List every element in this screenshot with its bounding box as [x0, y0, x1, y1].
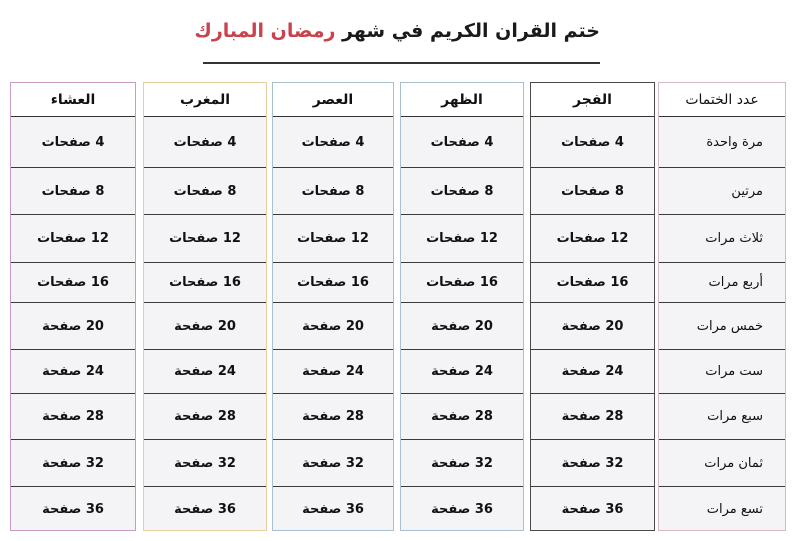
value-cell: 36 صفحة — [144, 487, 266, 532]
column-header-maghrib: المغرب — [144, 83, 266, 117]
value-cell: 32 صفحة — [531, 440, 654, 487]
column-header-isha: العشاء — [11, 83, 135, 117]
column-header-dhuhr: الظهر — [401, 83, 523, 117]
value-cell: 24 صفحة — [144, 350, 266, 394]
title-main: ختم القران الكريم في شهر — [342, 20, 600, 42]
value-cell: 4 صفحات — [531, 117, 654, 168]
count-cell: سبع مرات — [659, 394, 785, 440]
value-cell: 16 صفحات — [144, 263, 266, 303]
value-cell: 32 صفحة — [273, 440, 393, 487]
column-dhuhr: الظهر 4 صفحات 8 صفحات 12 صفحات 16 صفحات … — [400, 82, 524, 531]
column-fajr: الفجر 4 صفحات 8 صفحات 12 صفحات 16 صفحات … — [530, 82, 655, 531]
value-cell: 16 صفحات — [401, 263, 523, 303]
value-cell: 12 صفحات — [401, 215, 523, 263]
title-accent: رمضان المبارك — [194, 20, 335, 42]
value-cell: 24 صفحة — [11, 350, 135, 394]
count-cell: ست مرات — [659, 350, 785, 394]
count-cell: مرتين — [659, 168, 785, 215]
count-cell: أربع مرات — [659, 263, 785, 303]
value-cell: 32 صفحة — [401, 440, 523, 487]
count-cell: خمس مرات — [659, 303, 785, 350]
column-header-fajr: الفجر — [531, 83, 654, 117]
value-cell: 36 صفحة — [401, 487, 523, 532]
value-cell: 8 صفحات — [11, 168, 135, 215]
value-cell: 20 صفحة — [144, 303, 266, 350]
value-cell: 4 صفحات — [144, 117, 266, 168]
value-cell: 16 صفحات — [273, 263, 393, 303]
column-header-asr: العصر — [273, 83, 393, 117]
value-cell: 28 صفحة — [531, 394, 654, 440]
value-cell: 32 صفحة — [11, 440, 135, 487]
value-cell: 28 صفحة — [11, 394, 135, 440]
value-cell: 4 صفحات — [273, 117, 393, 168]
value-cell: 12 صفحات — [144, 215, 266, 263]
value-cell: 20 صفحة — [531, 303, 654, 350]
count-cell: ثمان مرات — [659, 440, 785, 487]
value-cell: 8 صفحات — [144, 168, 266, 215]
value-cell: 12 صفحات — [273, 215, 393, 263]
value-cell: 8 صفحات — [531, 168, 654, 215]
column-asr: العصر 4 صفحات 8 صفحات 12 صفحات 16 صفحات … — [272, 82, 394, 531]
value-cell: 8 صفحات — [273, 168, 393, 215]
value-cell: 12 صفحات — [11, 215, 135, 263]
column-count: عدد الختمات مرة واحدة مرتين ثلاث مرات أر… — [658, 82, 786, 531]
value-cell: 24 صفحة — [531, 350, 654, 394]
value-cell: 28 صفحة — [401, 394, 523, 440]
value-cell: 24 صفحة — [273, 350, 393, 394]
value-cell: 32 صفحة — [144, 440, 266, 487]
value-cell: 36 صفحة — [531, 487, 654, 532]
value-cell: 36 صفحة — [273, 487, 393, 532]
value-cell: 16 صفحات — [11, 263, 135, 303]
column-maghrib: المغرب 4 صفحات 8 صفحات 12 صفحات 16 صفحات… — [143, 82, 267, 531]
value-cell: 8 صفحات — [401, 168, 523, 215]
value-cell: 12 صفحات — [531, 215, 654, 263]
count-cell: مرة واحدة — [659, 117, 785, 168]
title-divider — [203, 62, 600, 64]
value-cell: 24 صفحة — [401, 350, 523, 394]
value-cell: 4 صفحات — [401, 117, 523, 168]
column-isha: العشاء 4 صفحات 8 صفحات 12 صفحات 16 صفحات… — [10, 82, 136, 531]
count-cell: تسع مرات — [659, 487, 785, 532]
value-cell: 36 صفحة — [11, 487, 135, 532]
value-cell: 28 صفحة — [144, 394, 266, 440]
value-cell: 16 صفحات — [531, 263, 654, 303]
value-cell: 4 صفحات — [11, 117, 135, 168]
value-cell: 20 صفحة — [273, 303, 393, 350]
value-cell: 20 صفحة — [401, 303, 523, 350]
page-title: ختم القران الكريم في شهر رمضان المبارك — [220, 20, 600, 42]
value-cell: 20 صفحة — [11, 303, 135, 350]
column-header-count: عدد الختمات — [659, 83, 785, 117]
count-cell: ثلاث مرات — [659, 215, 785, 263]
value-cell: 28 صفحة — [273, 394, 393, 440]
